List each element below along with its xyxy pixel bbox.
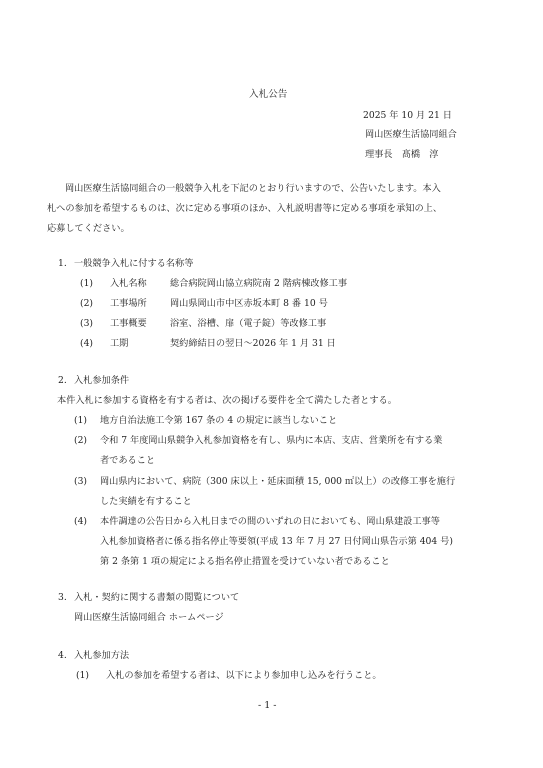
intro-line-1: 岡山医療生活協同組合の一般競争入札を下記のとおり行いますので、公告いたします。本…	[65, 184, 441, 193]
chairperson-name: 理事長 髙橋 淳	[365, 150, 439, 159]
section-2-heading: 2.入札参加条件	[58, 376, 129, 385]
section-2-lead: 本件入札に参加する資格を有する者は、次の掲げる要件を全て満たした者とする。	[57, 396, 397, 405]
section-4-item-1-num: (1)	[76, 671, 89, 680]
section-3-body: 岡山医療生活協同組合 ホームページ	[74, 613, 224, 622]
section-1-item-2: (2)工事場所岡山県岡山市中区赤坂本町 8 番 10 号	[80, 299, 328, 308]
section-2-item-3-num: (3)	[74, 477, 87, 486]
section-4-item-1-text: 入札の参加を希望する者は、以下により参加申し込みを行うこと。	[106, 671, 382, 680]
section-1-item-1: (1)入札名称総合病院岡山協立病院南 2 階病棟改修工事	[80, 279, 347, 288]
intro-line-2: 札への参加を希望するものは、次に定める事項のほか、入札説明書等に定める事項を承知…	[47, 204, 442, 213]
intro-line-3: 応募してください。	[47, 224, 130, 233]
section-2-item-4-line-2: 入札参加資格者に係る指名停止等要領(平成 13 年 7 月 27 日付岡山県告示…	[100, 537, 453, 546]
section-2-item-3-line-1: 岡山県内において、病院（300 床以上・延床面積 15, 000 ㎡以上）の改修…	[100, 477, 455, 486]
section-2-item-3-line-2: した実績を有すること	[100, 497, 192, 506]
section-2-item-4-line-1: 本件調達の公告日から入札日までの間のいずれの日においても、岡山県建設工事等	[100, 517, 440, 526]
section-number: 1.	[58, 259, 74, 268]
organization-name: 岡山医療生活協同組合	[365, 130, 457, 139]
section-2-item-4-num: (4)	[74, 517, 87, 526]
page-number: - 1 -	[258, 701, 277, 711]
section-4-heading: 4.入札参加方法	[58, 651, 129, 660]
issue-date: 2025 年 10 月 21 日	[363, 111, 452, 120]
section-title: 一般競争入札に付する名称等	[74, 258, 193, 269]
section-2-item-2-line-2: 者であること	[100, 456, 155, 465]
section-2-item-2-num: (2)	[74, 436, 87, 445]
section-1-item-4: (4)工期契約締結日の翌日～2026 年 1 月 31 日	[80, 339, 336, 348]
section-1-heading: 1.一般競争入札に付する名称等	[58, 259, 193, 268]
section-2-item-1-text: 地方自治法施工令第 167 条の 4 の規定に該当しないこと	[100, 416, 337, 425]
section-3-heading: 3.入札・契約に関する書類の閲覧について	[58, 593, 239, 602]
section-2-item-2-line-1: 令和 7 年度岡山県競争入札参加資格を有し、県内に本店、支店、営業所を有する業	[100, 436, 442, 445]
section-2-item-4-line-3: 第 2 条第 1 項の規定による指名停止措置を受けていない者であること	[100, 557, 390, 566]
section-2-item-1-num: (1)	[74, 416, 87, 425]
document-title: 入札公告	[249, 90, 287, 100]
section-1-item-3: (3)工事概要浴室、浴槽、扉（電子錠）等改修工事	[80, 319, 326, 328]
